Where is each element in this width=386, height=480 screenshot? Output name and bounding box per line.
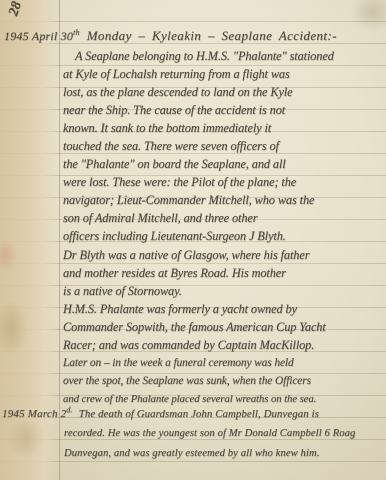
entry-1-title: Monday – Kyleakin – Seaplane Accident:- — [87, 28, 337, 43]
manuscript-line: A Seaplane belonging to H.M.S. "Phalante… — [63, 47, 383, 65]
manuscript-line: is a native of Stornoway. — [63, 282, 383, 300]
manuscript-line: touched the sea. There were seven office… — [63, 137, 383, 155]
entry-2-date-suffix: d. — [66, 405, 72, 414]
manuscript-line: officers including Lieutenant-Surgeon J … — [63, 227, 383, 245]
manuscript-line: navigator; Lieut-Commander Mitchell, who… — [63, 191, 383, 209]
entry-2-date-main: 1945 March 2 — [2, 408, 66, 420]
entry-2-header: 1945 March 2d.The death of Guardsman Joh… — [2, 404, 319, 422]
manuscript-line: and mother resides at Byres Road. His mo… — [63, 264, 383, 282]
manuscript-line: Dunvegan, and was greatly esteemed by al… — [64, 444, 382, 464]
entry-1-date-suffix: th — [73, 28, 80, 37]
manuscript-line: lost, as the plane descended to land on … — [63, 83, 383, 101]
manuscript-line: Racer; and was commanded by Captain MacK… — [63, 336, 383, 354]
manuscript-line: were lost. These were: the Pilot of the … — [63, 173, 383, 191]
manuscript-line: Commander Sopwith, the famous American C… — [63, 318, 383, 336]
entry-1-date: 1945 April 30th — [4, 29, 80, 43]
manuscript-line: near the Ship. The cause of the accident… — [63, 101, 383, 119]
manuscript-line: over the spot, the Seaplane was sunk, wh… — [63, 372, 383, 390]
manuscript-line: Later on – in the week a funeral ceremon… — [63, 354, 383, 372]
entry-1-body: A Seaplane belonging to H.M.S. "Phalante… — [63, 47, 383, 408]
manuscript-line: H.M.S. Phalante was formerly a yacht own… — [63, 300, 383, 318]
entry-2-date: 1945 March 2d. — [2, 408, 73, 420]
manuscript-line: Dr Blyth was a native of Glasgow, where … — [63, 246, 383, 264]
entry-1-date-main: 1945 April 30 — [4, 29, 73, 43]
manuscript-line: recorded. He was the youngest son of Mr … — [64, 424, 382, 444]
age-spot — [350, 0, 386, 32]
entry-2-first-line: The death of Guardsman John Campbell, Du… — [79, 408, 319, 420]
manuscript-line: known. It sank to the bottom immediately… — [63, 119, 383, 137]
entry-2-body: recorded. He was the youngest son of Mr … — [64, 424, 382, 464]
manuscript-line: son of Admiral Mitchell, and three other — [63, 209, 383, 227]
entry-1-header: 1945 April 30thMonday – Kyleakin – Seapl… — [4, 27, 337, 45]
manuscript-line: at Kyle of Lochalsh returning from a fli… — [63, 65, 383, 83]
diary-page: 28 1945 April 30thMonday – Kyleakin – Se… — [0, 0, 386, 480]
manuscript-line: the "Phalante" on board the Seaplane, an… — [63, 155, 383, 173]
